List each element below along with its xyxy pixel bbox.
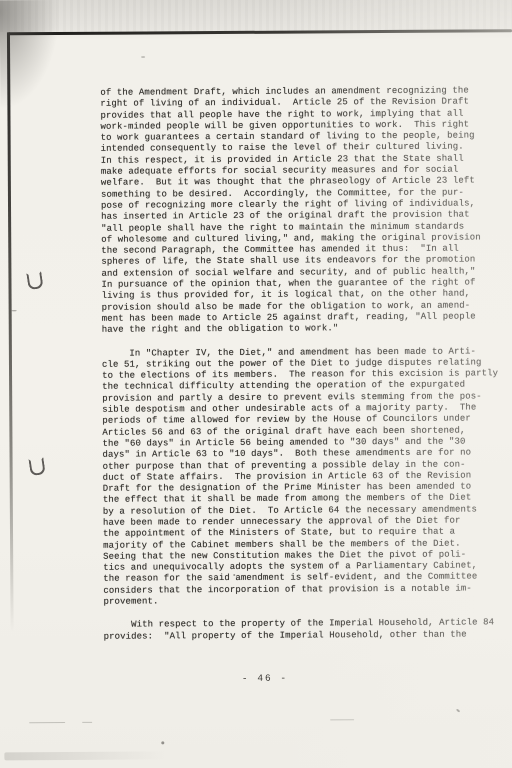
scan-speck [233, 574, 235, 576]
pencil-mark [26, 271, 43, 290]
typewritten-text: of the Amendment Draft, which includes a… [100, 85, 488, 654]
scan-speck [456, 709, 460, 713]
pencil-mark [28, 457, 45, 476]
text-line: have the right and the obligation to wor… [102, 323, 487, 337]
scan-speck [141, 56, 145, 57]
scan-smudge [330, 719, 354, 720]
scan-smudge [4, 751, 184, 760]
text-line: provides: "All property of the Imperial … [104, 629, 489, 643]
scan-corner-shadow [0, 0, 60, 110]
scan-smudge [82, 722, 92, 723]
paragraph: With respect to the property of the Impe… [104, 618, 489, 643]
paragraph: of the Amendment Draft, which includes a… [100, 85, 487, 336]
scan-speck [161, 741, 164, 744]
scan-speck [12, 310, 17, 311]
document-page: of the Amendment Draft, which includes a… [0, 0, 512, 768]
page-number: - 46 - [242, 673, 288, 684]
paragraph: In "Chapter IV, the Diet," and amendment… [102, 346, 489, 608]
scan-border-top [8, 29, 512, 35]
text-line: provement. [103, 594, 488, 608]
scan-smudge [29, 722, 65, 723]
scan-content: of the Amendment Draft, which includes a… [0, 0, 512, 768]
text-line: considers that the incorporation of that… [103, 583, 488, 597]
scan-border-left [7, 32, 14, 632]
